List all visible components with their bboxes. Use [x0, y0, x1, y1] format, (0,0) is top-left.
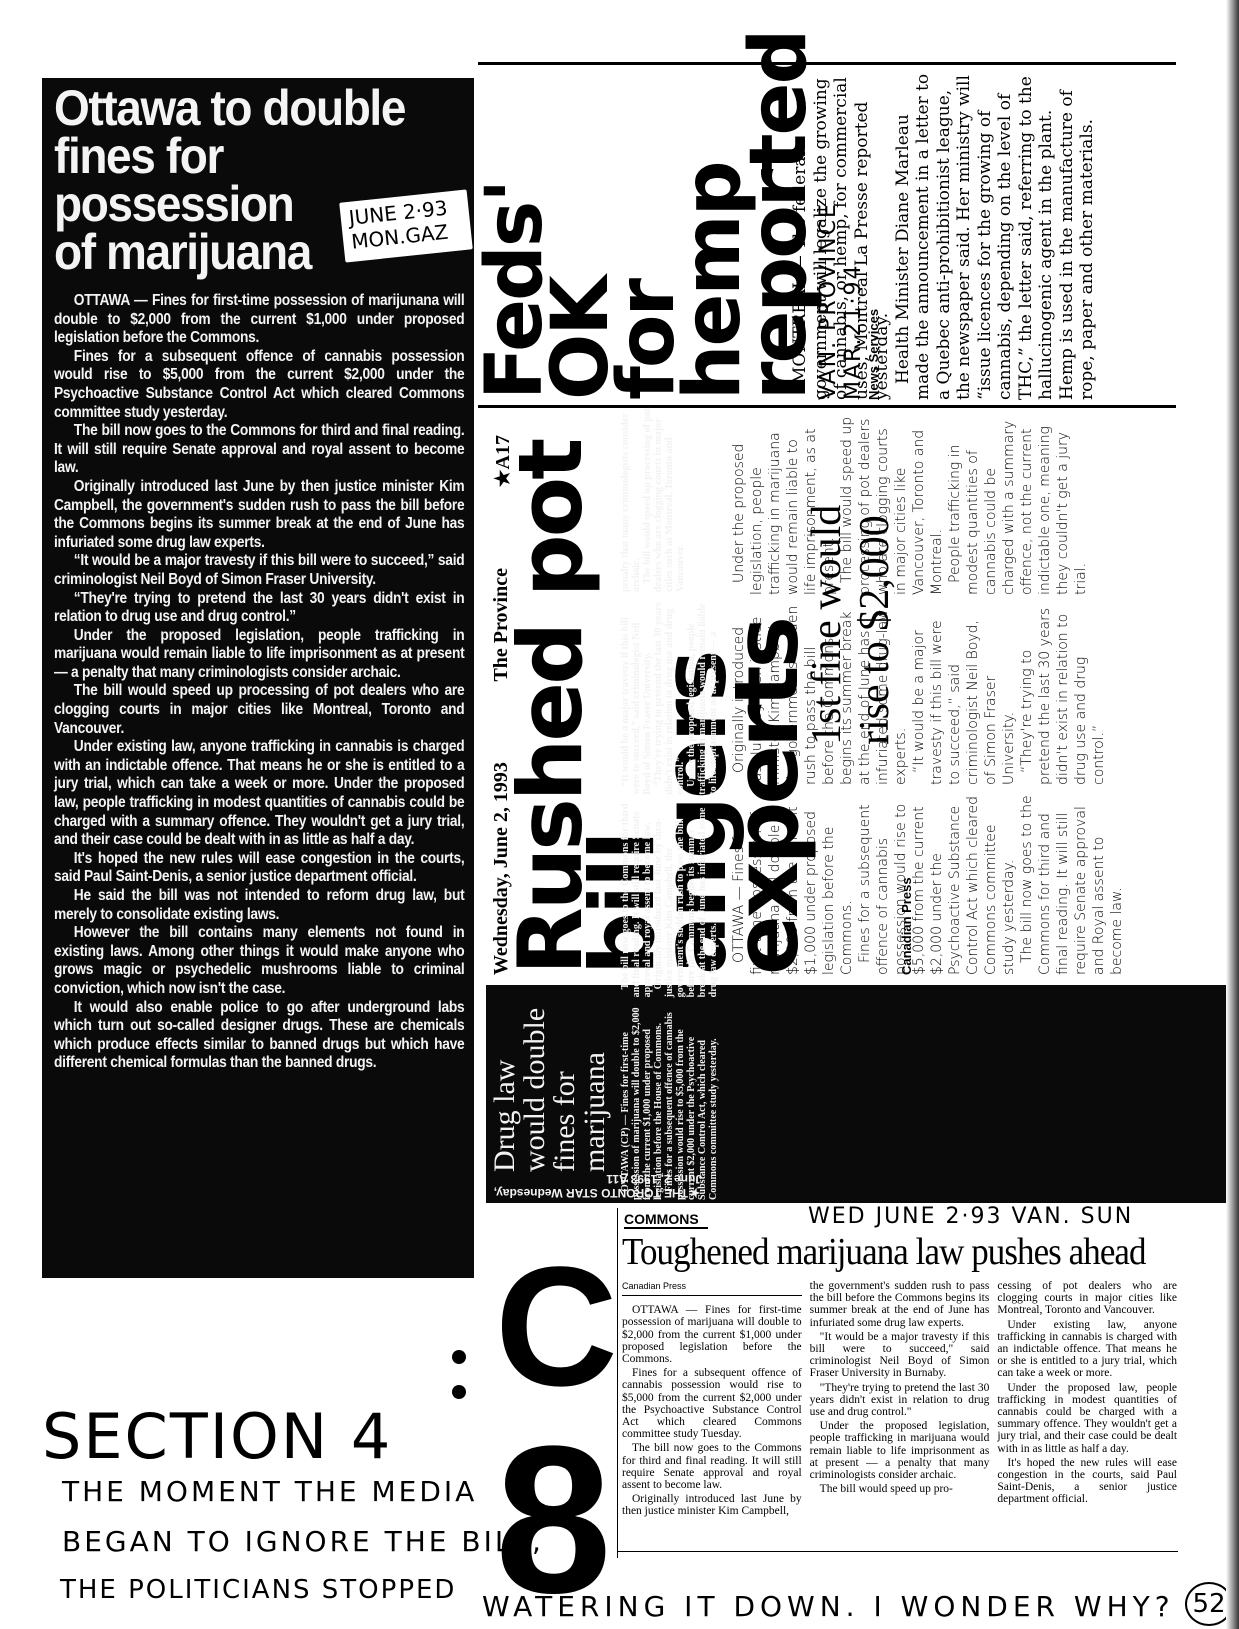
scan-edge-shadow [1226, 0, 1239, 1629]
sun-column: cessing of pot dealers who are clogging … [997, 1280, 1177, 1520]
paragraph: "It would be a major travesty if this bi… [810, 1331, 990, 1380]
sun-clipping: COMMONS WED JUNE 2·93 VAN. SUN Toughened… [617, 1208, 1178, 1558]
paragraph: However the bill contains many elements … [54, 924, 464, 998]
paragraph: “They're trying to pretend the last 30 y… [1018, 605, 1108, 785]
star-headline-line: would double [520, 988, 550, 1172]
paragraph: cessing of pot dealers who are clogging … [997, 1280, 1177, 1317]
paragraph: Under existing law, anyone trafficking i… [54, 738, 464, 850]
paragraph: Under the proposed legislation, people t… [730, 415, 838, 595]
paragraph: The bill now goes to the Commons for thi… [54, 422, 464, 478]
paragraph: Originally introduced last June by then … [730, 605, 910, 785]
paragraph: “They're trying to pretend the last 30 y… [653, 600, 686, 795]
sun-column: the government's sudden rush to pass the… [810, 1280, 990, 1520]
paragraph: The bill now goes to the Commons for thi… [620, 803, 653, 998]
paragraph: People trafficking in modest quantities … [946, 415, 1090, 595]
paragraph: Originally introduced last June by then-… [653, 803, 719, 998]
paragraph: The bill now goes to the Commons for thi… [622, 1442, 802, 1491]
sun-bottom-rule [618, 1551, 1178, 1552]
paragraph: Fines for a subsequent offence of cannab… [622, 1367, 802, 1440]
paragraph: OTTAWA — Fines for first-time possession… [730, 795, 856, 975]
paragraph: “It would be a major travesty if this bi… [910, 605, 1018, 785]
sun-columns: Canadian Press OTTAWA — Fines for first-… [622, 1280, 1177, 1520]
star-headline: Drug law would double fines for marijuan… [490, 988, 610, 1172]
paragraph: OTTAWA — Fines for first-time possession… [54, 292, 464, 348]
handwritten-note-tail: WATERING IT DOWN. I WONDER WHY? [482, 1590, 1175, 1623]
paragraph: The bill now goes to the Commons for thi… [1018, 795, 1126, 975]
paragraph: It would also enable police to go after … [54, 999, 464, 1073]
colon-dot-icon [452, 1385, 466, 1399]
sun-headline: Toughened marijuana law pushes ahead [622, 1230, 1146, 1274]
handwritten-note-line: BEGAN TO IGNORE THE BILL, [62, 1525, 544, 1558]
section-label: SECTION 4 [42, 1400, 392, 1473]
sun-kicker: COMMONS [624, 1211, 708, 1229]
gazette-clipping: Ottawa to double fines for possession of… [42, 78, 474, 1278]
paragraph: Under the proposed legislation, people t… [810, 1420, 990, 1481]
paragraph: OTTAWA — Fines for first-time possession… [622, 1304, 802, 1365]
province-body: OTTAWA — Fines for first-time possession… [730, 405, 1190, 975]
star-headline-line: marijuana [580, 988, 610, 1172]
paragraph: It's hoped the new rules will ease conge… [54, 850, 464, 887]
handwritten-note-line: THE POLITICIANS STOPPED [60, 1575, 456, 1605]
star-headline-line: Drug law [490, 988, 520, 1172]
paragraph: Fines for a subsequent offence of cannab… [856, 795, 1018, 975]
paragraph: The bill would speed up processing of po… [642, 397, 686, 592]
paragraph: “It would be a major travesty if this bi… [620, 600, 653, 795]
paragraph: Under the proposed law, people trafficki… [997, 1382, 1177, 1455]
paragraph: "They're trying to pretend the last 30 y… [810, 1382, 990, 1419]
paragraph: Fines for a subsequent offence of cannab… [664, 1005, 719, 1200]
paragraph: “They're trying to pretend the last 30 y… [54, 590, 464, 627]
paragraph: The bill would speed up processing of po… [54, 682, 464, 738]
big-letter-c: C [495, 1242, 618, 1412]
sun-column: Canadian Press OTTAWA — Fines for first-… [622, 1280, 802, 1520]
paragraph: The bill would speed up pro- [810, 1483, 990, 1495]
star-headline-line: fines for [550, 988, 580, 1172]
paragraph: the government's sudden rush to pass the… [810, 1280, 990, 1329]
paragraph: MONTREAL — The federal government will l… [790, 70, 893, 400]
paragraph: Under existing law, anyone trafficking i… [997, 1319, 1177, 1380]
handwritten-note-line: THE MOMENT THE MEDIA [62, 1475, 477, 1508]
sun-byline: Canadian Press [622, 1280, 802, 1296]
hemp-headline-line: for hemp [614, 70, 746, 400]
paragraph: The bill would speed up processing of po… [838, 415, 946, 595]
sun-handwritten-source: WED JUNE 2·93 VAN. SUN [808, 1204, 1133, 1229]
hemp-body: MONTREAL — The federal government will l… [790, 66, 1210, 400]
star-body: OTTAWA (CP) — Fines for first-time posse… [620, 990, 1220, 1200]
paragraph: OTTAWA (CP) — Fines for first-time posse… [620, 1005, 664, 1200]
paragraph: Fines for a subsequent offence of cannab… [54, 348, 464, 422]
paragraph: Under the proposed legislation, people t… [54, 627, 464, 683]
paragraph: Health Minister Diane Marleau made the a… [893, 70, 1098, 400]
hemp-headline-line: Feds' OK [482, 70, 614, 400]
paragraph: “It would be a major travesty if this bi… [54, 552, 464, 589]
colon-dot-icon [452, 1350, 466, 1364]
paragraph: He said the bill was not intended to ref… [54, 887, 464, 924]
paragraph: Originally introduced last June by then … [54, 478, 464, 552]
paragraph: Originally introduced last June by then … [622, 1493, 802, 1517]
headline-line: Ottawa to double [54, 84, 431, 132]
gazette-body: OTTAWA — Fines for first-time possession… [54, 292, 464, 1073]
paragraph: It's hoped the new rules will ease conge… [997, 1457, 1177, 1506]
